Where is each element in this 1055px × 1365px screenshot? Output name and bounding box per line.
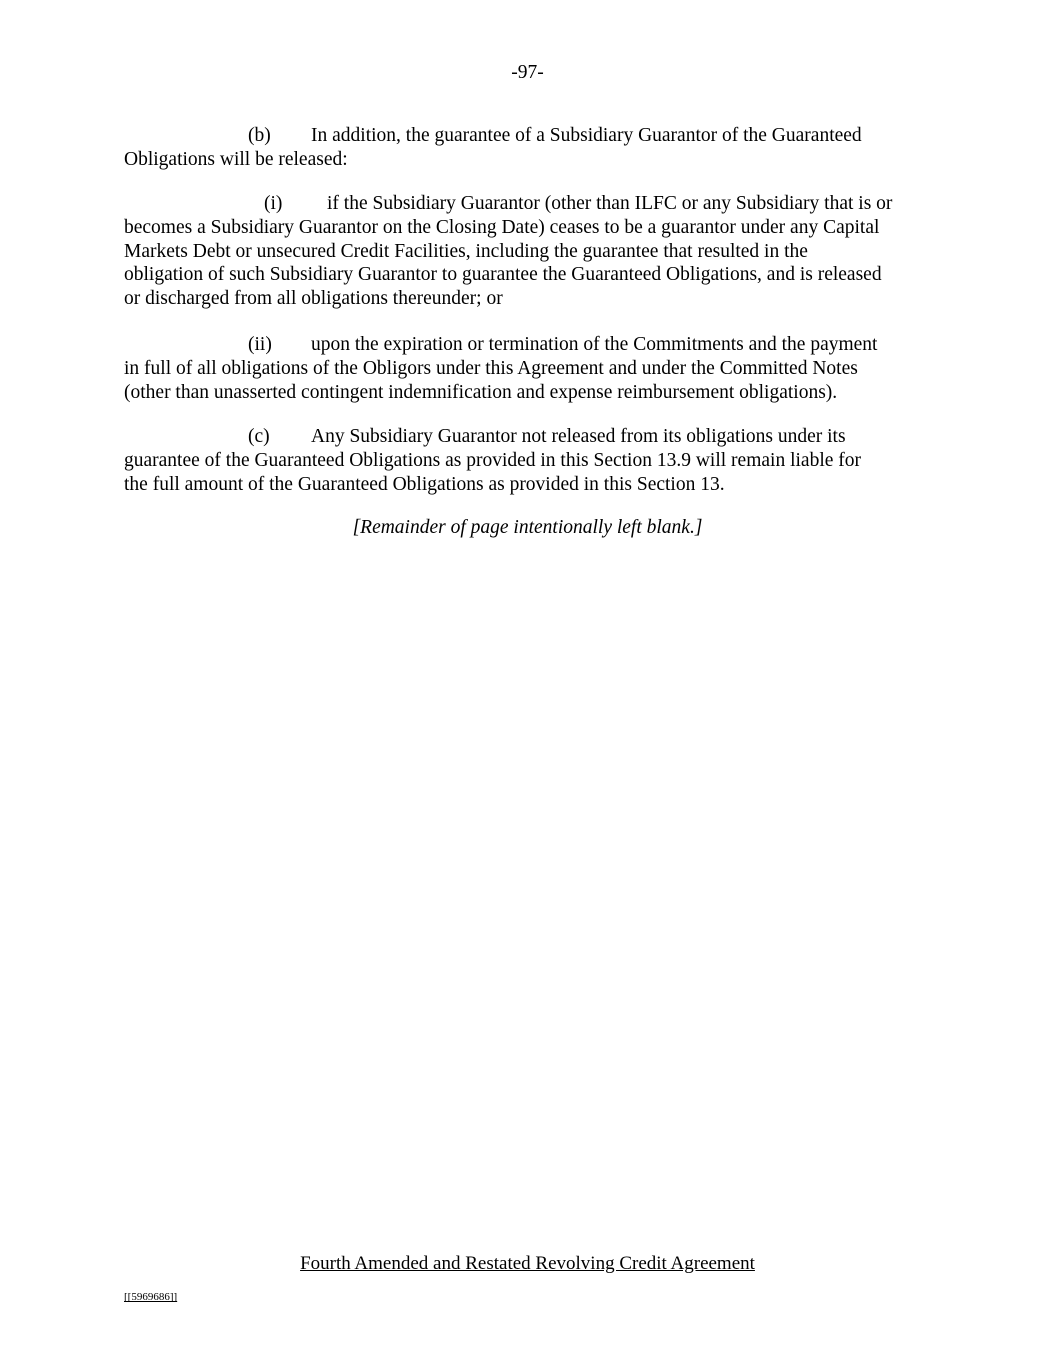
- paragraph-label: (i): [264, 192, 327, 216]
- page-number: -97-: [0, 62, 1055, 84]
- paragraph-c: (c)Any Subsidiary Guarantor not released…: [124, 425, 934, 496]
- paragraph-label: (ii): [248, 333, 311, 357]
- paragraph-text: Any Subsidiary Guarantor not released fr…: [311, 426, 846, 447]
- paragraph-label: (b): [248, 124, 311, 148]
- footer-title: Fourth Amended and Restated Revolving Cr…: [0, 1253, 1055, 1275]
- paragraph-text: (other than unasserted contingent indemn…: [124, 381, 934, 405]
- paragraph-text: Obligations will be released:: [124, 148, 934, 172]
- paragraph-ii: (ii)upon the expiration or termination o…: [124, 333, 934, 404]
- paragraph-i: (i)if the Subsidiary Guarantor (other th…: [124, 192, 934, 311]
- paragraph-text: guarantee of the Guaranteed Obligations …: [124, 449, 934, 473]
- paragraph-text: obligation of such Subsidiary Guarantor …: [124, 263, 934, 287]
- paragraph-text: Markets Debt or unsecured Credit Facilit…: [124, 240, 934, 264]
- paragraph-text: becomes a Subsidiary Guarantor on the Cl…: [124, 216, 934, 240]
- paragraph-text: upon the expiration or termination of th…: [311, 334, 877, 355]
- remainder-note: [Remainder of page intentionally left bl…: [0, 517, 1055, 539]
- document-id: [[5969686]]: [124, 1291, 177, 1303]
- paragraph-text: In addition, the guarantee of a Subsidia…: [311, 125, 862, 146]
- paragraph-text: in full of all obligations of the Obligo…: [124, 357, 934, 381]
- paragraph-text: or discharged from all obligations there…: [124, 287, 934, 311]
- paragraph-text: the full amount of the Guaranteed Obliga…: [124, 473, 934, 497]
- paragraph-b: (b)In addition, the guarantee of a Subsi…: [124, 124, 934, 172]
- paragraph-text: if the Subsidiary Guarantor (other than …: [327, 193, 892, 214]
- paragraph-label: (c): [248, 425, 311, 449]
